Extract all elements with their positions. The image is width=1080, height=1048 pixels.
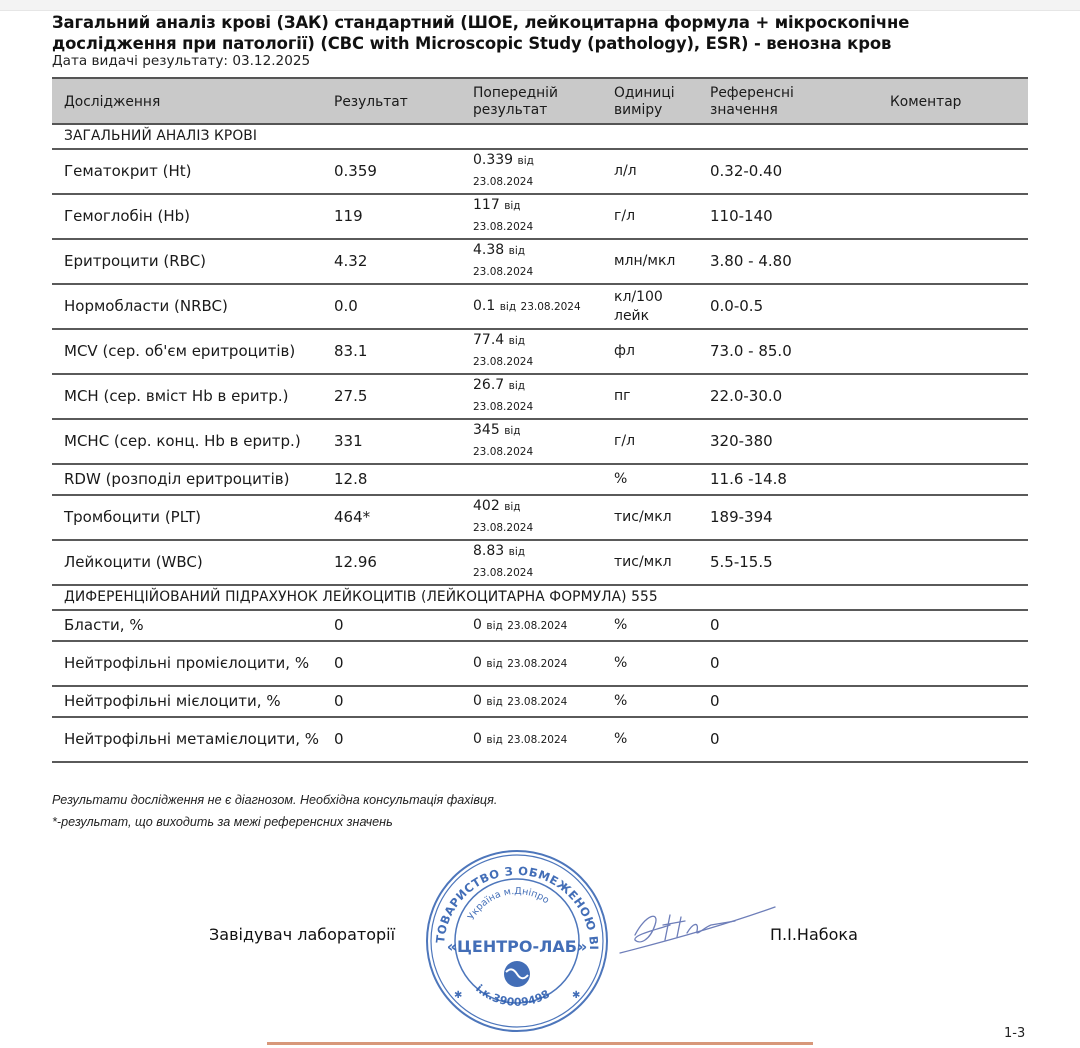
previous-date: 23.08.2024: [473, 218, 602, 237]
previous-result-cell: 345 від23.08.2024: [461, 419, 602, 464]
previous-value: 0.339: [473, 152, 513, 168]
previous-from-label: від: [504, 501, 520, 513]
previous-from-label: від: [509, 335, 525, 347]
result-cell: 12.96: [322, 540, 461, 585]
table-row: Нейтрофільні мієлоцити, %00 від 23.08.20…: [52, 686, 1028, 717]
previous-result-cell: 26.7 від23.08.2024: [461, 374, 602, 419]
section-header-differential: ДИФЕРЕНЦІЙОВАНИЙ ПІДРАХУНОК ЛЕЙКОЦИТІВ (…: [52, 585, 1028, 610]
asterisk-note: *-результат, що виходить за межі референ…: [52, 811, 497, 833]
reference-cell: 0: [698, 610, 878, 641]
previous-value: 345: [473, 422, 500, 438]
section-header-cbc: ЗАГАЛЬНИЙ АНАЛІЗ КРОВІ: [52, 124, 1028, 149]
svg-text:ТОВАРИСТВО З ОБМЕЖЕНОЮ ВІДПОВІ: ТОВАРИСТВО З ОБМЕЖЕНОЮ ВІДПОВІДАЛЬНІСТЮ: [424, 848, 601, 950]
previous-from-label: від: [504, 200, 520, 212]
comment-cell: [878, 374, 1028, 419]
previous-result-cell: 0 від 23.08.2024: [461, 717, 602, 762]
table-row: MCHC (сер. конц. Hb в еритр.)331345 від2…: [52, 419, 1028, 464]
previous-date: 23.08.2024: [473, 173, 602, 192]
reference-cell: 0.0-0.5: [698, 284, 878, 329]
reference-cell: 320-380: [698, 419, 878, 464]
unit-cell: %: [602, 610, 698, 641]
reference-cell: 11.6 -14.8: [698, 464, 878, 495]
previous-result-cell: 0.339 від23.08.2024: [461, 149, 602, 194]
previous-date: 23.08.2024: [473, 263, 602, 282]
comment-cell: [878, 329, 1028, 374]
unit-cell: фл: [602, 329, 698, 374]
title-line-2: дослідження при патології) (CBC with Mic…: [52, 33, 1052, 54]
result-cell: 83.1: [322, 329, 461, 374]
reference-cell: 3.80 - 4.80: [698, 239, 878, 284]
comment-cell: [878, 540, 1028, 585]
previous-value: 117: [473, 197, 500, 213]
previous-from-label: від: [486, 696, 502, 708]
unit-cell: тис/мкл: [602, 495, 698, 540]
unit-cell: %: [602, 686, 698, 717]
test-name-cell: Бласти, %: [52, 610, 322, 641]
previous-result-cell: 0 від 23.08.2024: [461, 610, 602, 641]
previous-date: 23.08.2024: [473, 353, 602, 372]
header-previous: Попереднійрезультат: [461, 78, 602, 124]
unit-cell: %: [602, 717, 698, 762]
previous-result-cell: 117 від23.08.2024: [461, 194, 602, 239]
table-row: MCH (сер. вміст Hb в еритр.)27.526.7 від…: [52, 374, 1028, 419]
title-line-1: Загальний аналіз крові (ЗАК) стандартний…: [52, 12, 1052, 33]
unit-cell: тис/мкл: [602, 540, 698, 585]
reference-cell: 22.0-30.0: [698, 374, 878, 419]
previous-value: 77.4: [473, 332, 504, 348]
comment-cell: [878, 495, 1028, 540]
reference-cell: 0: [698, 686, 878, 717]
previous-value: 4.38: [473, 242, 504, 258]
previous-from-label: від: [518, 155, 534, 167]
test-name-cell: Нейтрофільні промієлоцити, %: [52, 641, 322, 686]
previous-date: 23.08.2024: [473, 564, 602, 583]
test-name-cell: Гематокрит (Ht): [52, 149, 322, 194]
header-result: Результат: [322, 78, 461, 124]
previous-date: 23.08.2024: [473, 398, 602, 417]
comment-cell: [878, 194, 1028, 239]
document-title: Загальний аналіз крові (ЗАК) стандартний…: [52, 12, 1052, 54]
comment-cell: [878, 419, 1028, 464]
test-name-cell: Тромбоцити (PLT): [52, 495, 322, 540]
issue-date: Дата видачі результату: 03.12.2025: [52, 53, 310, 69]
reference-cell: 110-140: [698, 194, 878, 239]
result-cell: 331: [322, 419, 461, 464]
comment-cell: [878, 284, 1028, 329]
previous-date: 23.08.2024: [507, 620, 567, 632]
table-row: Гематокрит (Ht)0.3590.339 від23.08.2024л…: [52, 149, 1028, 194]
result-cell: 0: [322, 717, 461, 762]
table-row: Нейтрофільні промієлоцити, %00 від 23.08…: [52, 641, 1028, 686]
unit-cell: г/л: [602, 419, 698, 464]
previous-value: 0: [473, 731, 482, 747]
svg-text:✱: ✱: [454, 990, 462, 1001]
previous-date: 23.08.2024: [507, 734, 567, 746]
previous-date: 23.08.2024: [473, 519, 602, 538]
previous-date: 23.08.2024: [507, 658, 567, 670]
previous-date: 23.08.2024: [521, 301, 581, 313]
table-row: Еритроцити (RBC)4.324.38 від23.08.2024мл…: [52, 239, 1028, 284]
table-row: MCV (сер. об'єм еритроцитів)83.177.4 від…: [52, 329, 1028, 374]
table-row: Тромбоцити (PLT)464*402 від23.08.2024тис…: [52, 495, 1028, 540]
footer-divider: [267, 1042, 813, 1045]
previous-from-label: від: [504, 425, 520, 437]
previous-value: 8.83: [473, 543, 504, 559]
unit-cell: %: [602, 464, 698, 495]
unit-cell: г/л: [602, 194, 698, 239]
signatory-role: Завідувач лабораторії: [209, 925, 395, 944]
test-name-cell: MCH (сер. вміст Hb в еритр.): [52, 374, 322, 419]
previous-result-cell: [461, 464, 602, 495]
table-header-row: Дослідження Результат Попереднійрезульта…: [52, 78, 1028, 124]
table-row: Нейтрофільні метамієлоцити, %00 від 23.0…: [52, 717, 1028, 762]
reference-cell: 0.32-0.40: [698, 149, 878, 194]
results-table: Дослідження Результат Попереднійрезульта…: [52, 77, 1028, 763]
svg-text:✱: ✱: [572, 990, 580, 1001]
unit-cell: л/л: [602, 149, 698, 194]
previous-result-cell: 8.83 від23.08.2024: [461, 540, 602, 585]
company-stamp-icon: ТОВАРИСТВО З ОБМЕЖЕНОЮ ВІДПОВІДАЛЬНІСТЮ …: [424, 848, 610, 1034]
result-cell: 464*: [322, 495, 461, 540]
previous-from-label: від: [500, 301, 516, 313]
unit-cell: кл/100 лейк: [602, 284, 698, 329]
table-row: Бласти, %00 від 23.08.2024%0: [52, 610, 1028, 641]
test-name-cell: Гемоглобін (Hb): [52, 194, 322, 239]
reference-cell: 0: [698, 641, 878, 686]
unit-cell: %: [602, 641, 698, 686]
header-units: Одиницівиміру: [602, 78, 698, 124]
result-cell: 0: [322, 610, 461, 641]
previous-value: 0: [473, 617, 482, 633]
comment-cell: [878, 717, 1028, 762]
unit-cell: пг: [602, 374, 698, 419]
reference-cell: 189-394: [698, 495, 878, 540]
previous-result-cell: 0.1 від 23.08.2024: [461, 284, 602, 329]
test-name-cell: Нормобласти (NRBC): [52, 284, 322, 329]
previous-from-label: від: [486, 620, 502, 632]
previous-value: 26.7: [473, 377, 504, 393]
reference-cell: 0: [698, 717, 878, 762]
previous-date: 23.08.2024: [507, 696, 567, 708]
test-name-cell: Нейтрофільні мієлоцити, %: [52, 686, 322, 717]
result-cell: 119: [322, 194, 461, 239]
table-row: Гемоглобін (Hb)119117 від23.08.2024г/л11…: [52, 194, 1028, 239]
previous-value: 0.1: [473, 298, 495, 314]
svg-text:«ЦЕНТРО-ЛАБ»: «ЦЕНТРО-ЛАБ»: [447, 937, 588, 956]
unit-cell: млн/мкл: [602, 239, 698, 284]
comment-cell: [878, 149, 1028, 194]
previous-from-label: від: [486, 734, 502, 746]
previous-from-label: від: [509, 245, 525, 257]
disclaimer-note: Результати дослідження не є діагнозом. Н…: [52, 789, 497, 811]
result-cell: 12.8: [322, 464, 461, 495]
previous-value: 0: [473, 693, 482, 709]
reference-cell: 5.5-15.5: [698, 540, 878, 585]
comment-cell: [878, 239, 1028, 284]
previous-value: 0: [473, 655, 482, 671]
result-cell: 0: [322, 641, 461, 686]
test-name-cell: MCHC (сер. конц. Hb в еритр.): [52, 419, 322, 464]
notes: Результати дослідження не є діагнозом. Н…: [52, 789, 497, 833]
result-cell: 0.0: [322, 284, 461, 329]
issue-date-value: 03.12.2025: [232, 53, 310, 69]
result-cell: 0.359: [322, 149, 461, 194]
previous-result-cell: 402 від23.08.2024: [461, 495, 602, 540]
previous-from-label: від: [509, 546, 525, 558]
previous-result-cell: 0 від 23.08.2024: [461, 686, 602, 717]
comment-cell: [878, 686, 1028, 717]
viewer-top-bar: [0, 0, 1080, 11]
reference-cell: 73.0 - 85.0: [698, 329, 878, 374]
test-name-cell: MCV (сер. об'єм еритроцитів): [52, 329, 322, 374]
signatory-name: П.І.Набока: [770, 925, 858, 944]
header-test: Дослідження: [52, 78, 322, 124]
page-number: 1-3: [1004, 1026, 1025, 1041]
result-cell: 0: [322, 686, 461, 717]
test-name-cell: Лейкоцити (WBC): [52, 540, 322, 585]
previous-result-cell: 0 від 23.08.2024: [461, 641, 602, 686]
previous-result-cell: 4.38 від23.08.2024: [461, 239, 602, 284]
result-cell: 27.5: [322, 374, 461, 419]
result-cell: 4.32: [322, 239, 461, 284]
previous-date: 23.08.2024: [473, 443, 602, 462]
previous-from-label: від: [486, 658, 502, 670]
test-name-cell: Еритроцити (RBC): [52, 239, 322, 284]
handwritten-signature-icon: [615, 895, 795, 965]
test-name-cell: RDW (розподіл еритроцитів): [52, 464, 322, 495]
previous-from-label: від: [509, 380, 525, 392]
previous-value: 402: [473, 498, 500, 514]
comment-cell: [878, 464, 1028, 495]
previous-result-cell: 77.4 від23.08.2024: [461, 329, 602, 374]
table-row: RDW (розподіл еритроцитів)12.8%11.6 -14.…: [52, 464, 1028, 495]
header-reference: Референснізначення: [698, 78, 878, 124]
issue-date-label: Дата видачі результату:: [52, 53, 228, 69]
table-row: Нормобласти (NRBC)0.00.1 від 23.08.2024к…: [52, 284, 1028, 329]
table-row: Лейкоцити (WBC)12.968.83 від23.08.2024ти…: [52, 540, 1028, 585]
header-comment: Коментар: [878, 78, 1028, 124]
comment-cell: [878, 641, 1028, 686]
comment-cell: [878, 610, 1028, 641]
test-name-cell: Нейтрофільні метамієлоцити, %: [52, 717, 322, 762]
